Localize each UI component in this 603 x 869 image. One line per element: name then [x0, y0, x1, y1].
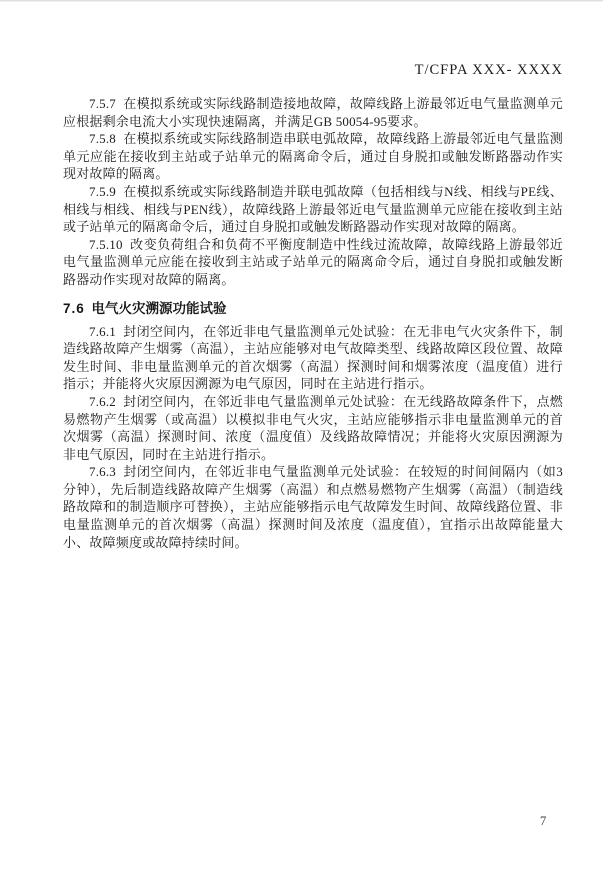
clause-text: 改变负荷组合和负荷不平衡度制造中性线过流故障，故障线路上游最邻近电气量监测单元应…: [63, 237, 563, 287]
clause-text: 在模拟系统或实际线路制造接地故障，故障线路上游最邻近电气量监测单元应根据剩余电流…: [63, 96, 563, 129]
clause-7-6-3: 7.6.3封闭空间内，在邻近非电气量监测单元处试验：在较短的时间间隔内（如3分钟…: [63, 463, 563, 551]
clause-7-5-7: 7.5.7在模拟系统或实际线路制造接地故障，故障线路上游最邻近电气量监测单元应根…: [63, 95, 563, 130]
clause-text: 在模拟系统或实际线路制造并联电弧故障（包括相线与N线、相线与PE线、相线与相线、…: [63, 184, 563, 234]
section-title: 电气火灾溯源功能试验: [92, 301, 227, 316]
page-number: 7: [540, 814, 546, 829]
clause-number: 7.5.7: [89, 96, 116, 111]
clause-number: 7.5.9: [89, 184, 116, 199]
clause-number: 7.6.2: [89, 394, 116, 409]
clause-number: 7.5.10: [89, 237, 123, 252]
clause-7-5-10: 7.5.10改变负荷组合和负荷不平衡度制造中性线过流故障，故障线路上游最邻近电气…: [63, 236, 563, 289]
clause-text: 封闭空间内，在邻近非电气量监测单元处试验：在较短的时间间隔内（如3分钟），先后制…: [63, 464, 563, 549]
document-page: T/CFPA XXX- XXXX 7.5.7在模拟系统或实际线路制造接地故障，故…: [0, 0, 603, 869]
clause-number: 7.6.3: [89, 464, 116, 479]
clause-number: 7.6.1: [89, 324, 116, 339]
doc-header-code: T/CFPA XXX- XXXX: [415, 62, 563, 79]
clause-7-6-1: 7.6.1封闭空间内，在邻近非电气量监测单元处试验：在无非电气火灾条件下，制造线…: [63, 323, 563, 393]
section-number: 7.6: [63, 301, 85, 316]
clause-text: 封闭空间内，在邻近非电气量监测单元处试验：在无线路故障条件下，点燃易燃物产生烟雾…: [63, 394, 563, 462]
clause-7-5-9: 7.5.9在模拟系统或实际线路制造并联电弧故障（包括相线与N线、相线与PE线、相…: [63, 183, 563, 236]
clause-text: 封闭空间内，在邻近非电气量监测单元处试验：在无非电气火灾条件下，制造线路故障产生…: [63, 324, 563, 392]
clause-text: 在模拟系统或实际线路制造串联电弧故障，故障线路上游最邻近电气量监测单元应能在接收…: [63, 131, 563, 181]
clause-number: 7.5.8: [89, 131, 116, 146]
clause-7-5-8: 7.5.8在模拟系统或实际线路制造串联电弧故障，故障线路上游最邻近电气量监测单元…: [63, 130, 563, 183]
clause-7-6-2: 7.6.2封闭空间内，在邻近非电气量监测单元处试验：在无线路故障条件下，点燃易燃…: [63, 393, 563, 463]
document-body: 7.5.7在模拟系统或实际线路制造接地故障，故障线路上游最邻近电气量监测单元应根…: [63, 95, 563, 551]
section-heading-7-6: 7.6电气火灾溯源功能试验: [63, 297, 563, 317]
scan-edge-artifact: [0, 0, 603, 2]
